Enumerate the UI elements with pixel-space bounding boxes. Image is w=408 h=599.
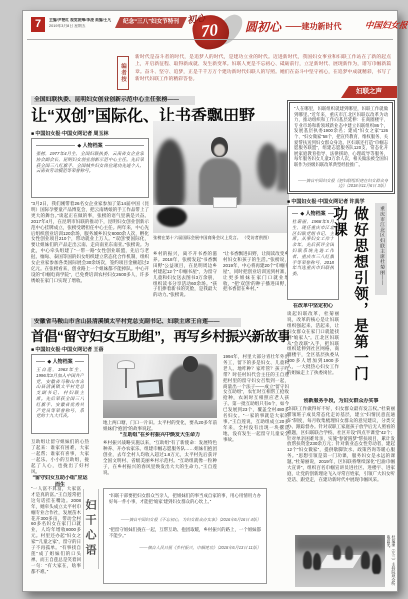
article3-kicker: 安徽省马鞍山市含山县清溪镇太平村党总支副书记、妇联主席王自莲—— bbox=[31, 318, 241, 327]
article1-column-b: 乡村的振兴，离不开书香的滋养。2018年，张榜发起“书香飘田野”公益项目，在昆明… bbox=[153, 251, 217, 317]
speaker-face bbox=[214, 144, 225, 156]
desk-surface bbox=[103, 400, 217, 418]
article1-column-c: “让书香飘进田野，让阅读改变乡村妇女和孩子的生活。”张榜说，2019年，中心将再… bbox=[223, 251, 289, 317]
article2-column-1: 谈起妇联改革，杜菊丽说，改革的核心是让妇联组织强起来、活起来，让妇女群众在家门口… bbox=[287, 311, 339, 395]
profile-box-header: ◆ 人物档案 bbox=[36, 358, 84, 365]
article3-column-r: 1994年，村里大部分青壮年外出务工，留下的多是妇女、儿童和老人。地咋种？家咋管… bbox=[223, 354, 289, 485]
article3-photo-desk bbox=[103, 354, 217, 418]
desk-lamp-arm bbox=[125, 368, 127, 388]
article2-vertical-kicker: 重庆市江北区妇联主席杜菊丽—— bbox=[375, 203, 387, 295]
header-divider bbox=[27, 39, 393, 40]
article2-photo-meeting bbox=[295, 535, 385, 587]
newspaper-page: 7 主编/尹艳红 视觉统筹/李凌 美编/王凡 2019年3月8日 星期五 纪念“… bbox=[22, 10, 398, 592]
person-silhouette bbox=[345, 546, 353, 560]
article1-column-a: “3月2日，我们刚带着26名女企业家参加了第14届中国（昆明）国际孕婴童产品博览… bbox=[31, 201, 149, 315]
slogan-script-text: 圆初心 bbox=[245, 20, 281, 34]
article1-photo-caption: 张榜在第十六届国际会展中国商务会议上发言。 （受访者供图） bbox=[153, 235, 289, 248]
article3-byline: ■ 中国妇女报·中国女网记者 王蓓 bbox=[31, 346, 103, 353]
top-quote-attribution: ——摘自中国妇女报《把妇联组织建在妇女群众身边》（2018年11月6日 3版） bbox=[294, 178, 388, 189]
profile-box-text: 张榜，1977年4月生，全国妇联执委，云南省女企业家协会副会长，昆明妇女创业创新… bbox=[36, 151, 144, 195]
name-tent-card bbox=[213, 197, 237, 208]
person-silhouette bbox=[303, 551, 312, 569]
article2-subhead-1: 在改革中坚定初心 bbox=[287, 303, 339, 310]
article1-photo-conference bbox=[153, 121, 289, 233]
audience-silhouette-left bbox=[155, 139, 185, 209]
article2-vertical-headline: 做好思想引领，是第一门功课 bbox=[341, 206, 371, 388]
hearts-quote-box: “妇联干部要把妇女群众当亲人，把姐妹们的事当成自家的事，用心用情用力办好每一件小… bbox=[103, 488, 267, 584]
article1-kicker: 全国妇联执委、昆明妇女创业创新示范中心主任张榜—— bbox=[31, 96, 195, 105]
voice-tag-badge: 妇联之声 bbox=[341, 86, 397, 98]
article3-column-m-top: 地上两口塘，门口一片田。太平村的变化，要从20多年前姐妹们“抱团”的故事说起。 bbox=[103, 420, 217, 432]
newspaper-name-logo: 中国妇女报 bbox=[364, 19, 395, 31]
profile-box-text: 杜菊丽，1968年5月生，现任重庆市江北区妇联党组书记、主席。从事妇女工作十余年… bbox=[292, 219, 334, 297]
editors-note-label: 编者按 bbox=[117, 56, 129, 90]
article2-photo-caption: 杜菊丽（左三）主持院坝会听取意见。 bbox=[387, 535, 397, 587]
person-silhouette bbox=[372, 554, 381, 574]
article3-subhead-m: “互助组”在乡村振兴中焕发大生命力 bbox=[103, 432, 217, 439]
hearts-quote1-attr: ——摘自中国妇女报《不忘初心，为妇女群众办实事》（2016年6月16日 4版） bbox=[109, 517, 261, 522]
theme-slogan: 圆初心 ——建功新时代 bbox=[245, 18, 365, 34]
anniversary-ribbon: 纪念“三八”妇女节特刊 bbox=[115, 17, 187, 28]
slogan-rest-text: ——建功新时代 bbox=[285, 22, 341, 31]
person-silhouette bbox=[313, 553, 321, 570]
profile-box-text: 王自莲，1963年生，1996年3月加入中国共产党，安徽省马鞍山市含山县清溪镇太… bbox=[36, 367, 84, 431]
profile-box-header: ◆ 人物档案 bbox=[292, 210, 334, 217]
desk-background: { "masthead": { "page_number": "7", "edi… bbox=[0, 0, 408, 599]
article2-byline: ■ 中国妇女报·中国女网记者 许真学 bbox=[287, 198, 364, 205]
article2-column-2: “妇联工作做得好不好，妇女群众最有发言权。”杜菊丽带领班子成员常态化走访基层，建… bbox=[287, 406, 395, 530]
anniversary-70-logo: 初心 70 bbox=[185, 11, 241, 55]
page-number-badge: 7 bbox=[31, 17, 45, 32]
article1-profile-box: ◆ 人物档案 张榜，1977年4月生，全国妇联执委，云南省女企业家协会副会长，昆… bbox=[31, 138, 149, 198]
person-head bbox=[183, 356, 198, 372]
article3-profile-box: ◆ 人物档案 王自莲，1963年生，1996年3月加入中国共产党，安徽省马鞍山市… bbox=[31, 354, 89, 434]
top-quote-box: “人在哪里，妇联组织就建到哪里，妇联工作就做到哪里。”近年来，重庆市江北区妇联以… bbox=[287, 100, 395, 194]
audience-silhouette-right bbox=[257, 143, 279, 189]
profile-box-header: ◆ 人物档案 bbox=[36, 142, 144, 149]
person-silhouette bbox=[361, 551, 370, 569]
hearts-quote1-text: “妇联干部要把妇女群众当亲人，把姐妹们的事当成自家的事，用心用情用力办好每一件小… bbox=[109, 493, 261, 517]
laptop-screen bbox=[139, 381, 160, 394]
article2-subhead-2: 创新服务手段，为妇女群众办实事 bbox=[287, 398, 395, 405]
edition-info-line2: 2019年3月8日 星期五 bbox=[49, 24, 119, 29]
edition-info-line1: 主编/尹艳红 视觉统筹/李凌 美编/王凡 bbox=[49, 18, 119, 23]
article3-column-m-bottom: 乡村振兴战略实施以来，“互助组”有了新使命：发展特色种养、开办农家乐、组建巾帼志… bbox=[103, 440, 217, 485]
article3-column-l2: “一人富不算富，大家富才是真的富。”王自莲常把这句话挂在嘴边。2008年，她牵头… bbox=[31, 486, 81, 588]
hearts-quote2-attr: ——摘自人民日报《乡村振兴，巾帼建功》（2018年6月13日 11版） bbox=[109, 545, 261, 550]
top-quote-text: “人在哪里，妇联组织就建到哪里，妇联工作就做到哪里。”近年来，重庆市江北区妇联以… bbox=[294, 106, 388, 178]
hearts-quote2-text: “把留守姐妹们拢在一起，互帮互助、抱团取暖，乡村振兴的路上，一个姐妹都不能少。” bbox=[109, 527, 261, 545]
article3-headline: 首倡“留守妇女互助组”，再写乡村振兴新故事 bbox=[31, 328, 289, 345]
person-silhouette bbox=[333, 545, 341, 560]
microphone-shape bbox=[157, 207, 187, 227]
hearts-words-label: 妇干心语 bbox=[83, 489, 99, 569]
article3-column-l-mid: 互助组让留守姐妹们的心热了起来：谁家有困难，大家一起帮；谁家有喜事，大家一起乐。… bbox=[31, 439, 89, 474]
article1-byline: ■ 中国妇女报·中国女网记者 周玉林 bbox=[31, 130, 108, 137]
